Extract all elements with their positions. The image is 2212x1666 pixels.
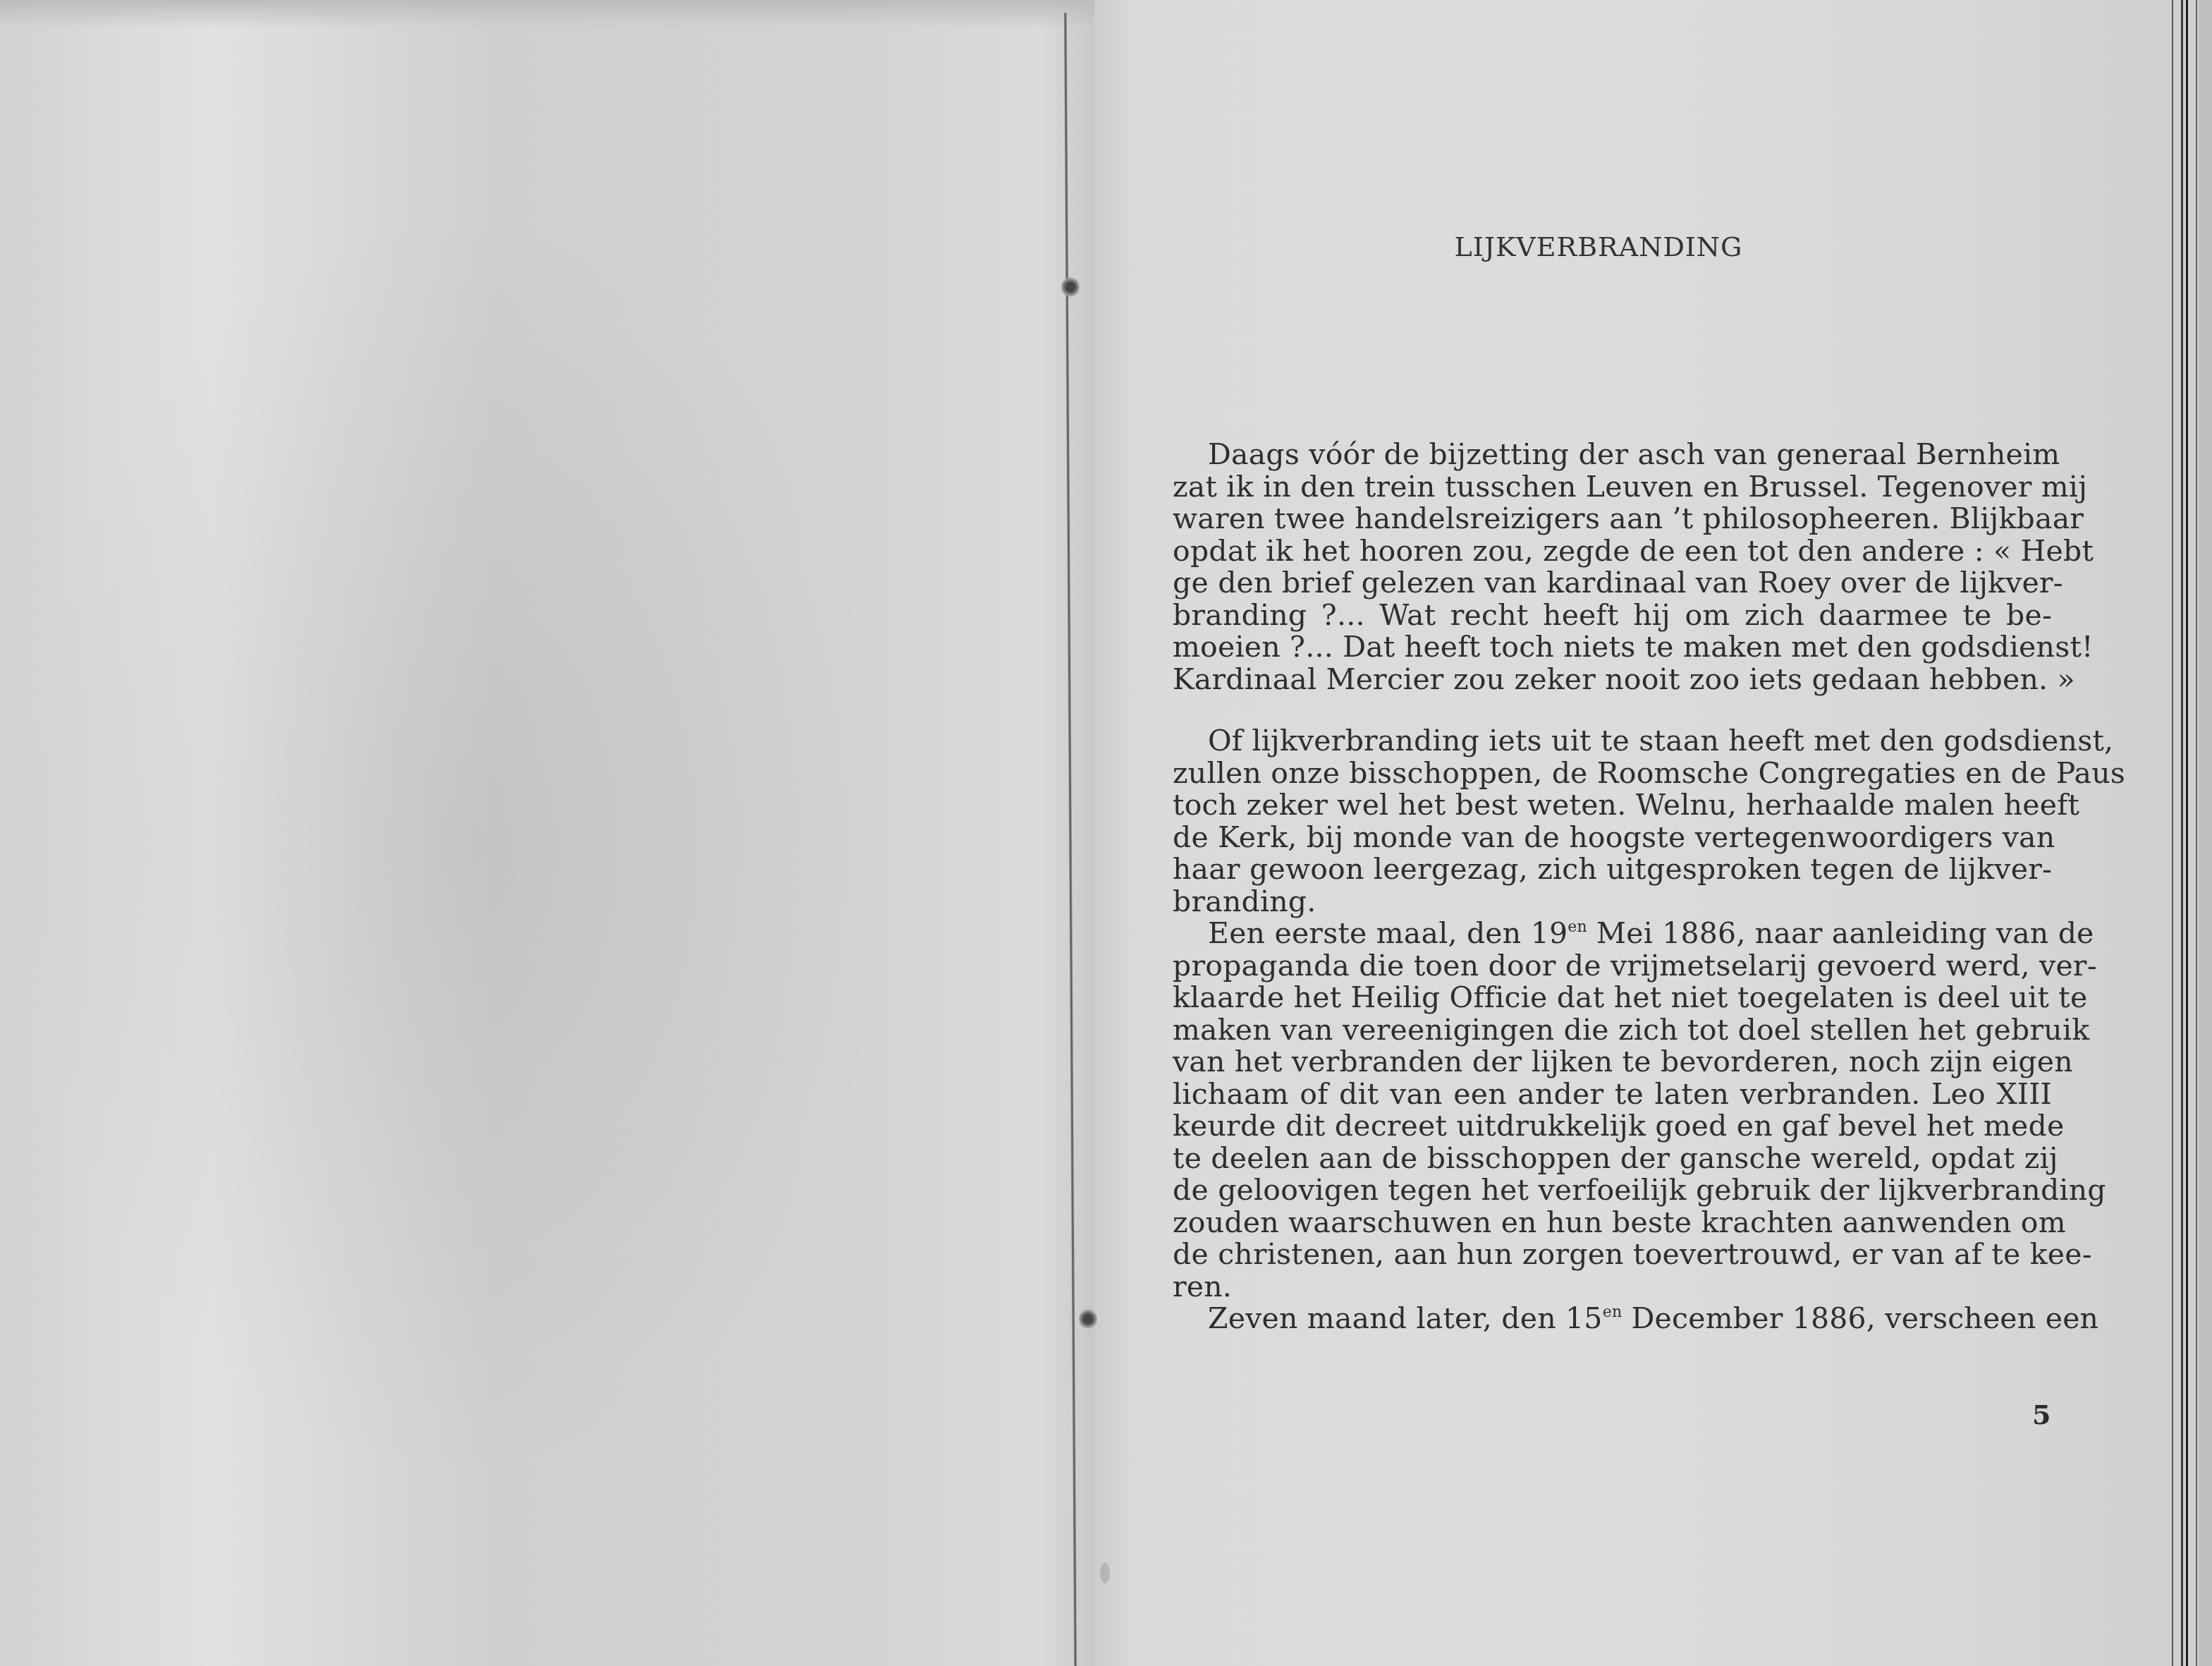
page-edge-line [2172,0,2173,1666]
text-line: moeien ?... Dat heeft toch niets te make… [1173,631,2052,664]
text-line: opdat ik het hooren zou, zegde de een to… [1173,535,2052,568]
text-line: Zeven maand later, den 15en December 188… [1173,1303,2052,1335]
text-line: zouden waarschuwen en hun beste krachten… [1173,1207,2052,1239]
page-edge-line [2181,0,2183,1666]
paper-mark [1100,1562,1110,1583]
text-line: ge den brief gelezen van kardinaal van R… [1173,567,2052,600]
text-line: klaarde het Heilig Officie dat het niet … [1173,982,2052,1014]
text-line: ren. [1173,1271,2052,1303]
text-line: van het verbranden der lijken te bevorde… [1173,1046,2052,1078]
paragraph: Zeven maand later, den 15en December 188… [1173,1303,2052,1335]
binding-staple-hole [1061,276,1080,298]
text-line: zat ik in den trein tusschen Leuven en B… [1173,471,2052,504]
binding-staple-hole [1079,1308,1097,1330]
book-cover-edge [2199,0,2212,1666]
text-line: maken van vereenigingen die zich tot doe… [1173,1014,2052,1047]
text-line: Een eerste maal, den 19en Mei 1886, naar… [1173,918,2052,950]
text-line: haar gewoon leergezag, zich uitgesproken… [1173,853,2052,886]
text-line: de christenen, aan hun zorgen toevertrou… [1173,1239,2052,1271]
ordinal-superscript: en [1603,1303,1623,1321]
page-edge-line [2196,0,2197,1666]
left-page-blank [0,0,1094,1666]
text-line: Kardinaal Mercier zou zeker nooit zoo ie… [1173,664,2052,696]
text-line: branding ?... Wat recht heeft hij om zic… [1173,600,2052,632]
text-line: de Kerk, bij monde van de hoogste verteg… [1173,822,2052,854]
paragraph-spacer [1173,695,2052,725]
text-line: Daags vóór de bijzetting der asch van ge… [1173,439,2052,471]
text-line: keurde dit decreet uitdrukkelijk goed en… [1173,1110,2052,1143]
text-line: lichaam of dit van een ander te laten ve… [1173,1078,2052,1111]
text-line: toch zeker wel het best weten. Welnu, he… [1173,789,2052,822]
text-line: Of lijkverbranding iets uit te staan hee… [1173,725,2052,758]
text-line: waren twee handelsreizigers aan ’t philo… [1173,503,2052,535]
text-line: de geloovigen tegen het verfoeilijk gebr… [1173,1174,2052,1207]
paragraph: Of lijkverbranding iets uit te staan hee… [1173,725,2052,918]
body-text: Daags vóór de bijzetting der asch van ge… [1173,439,2052,1335]
book-spread: LIJKVERBRANDING Daags vóór de bijzetting… [0,0,2212,1666]
page-number: 5 [2032,1399,2051,1430]
text-line: te deelen aan de bisschoppen der gansche… [1173,1143,2052,1175]
paragraph: Daags vóór de bijzetting der asch van ge… [1173,439,2052,695]
ordinal-superscript: en [1568,918,1587,936]
text-line: zullen onze bisschoppen, de Roomsche Con… [1173,758,2052,790]
page-edge-line [2186,0,2188,1666]
text-line: branding. [1173,886,2052,918]
text-line: propaganda die toen door de vrijmetselar… [1173,950,2052,983]
paragraph: Een eerste maal, den 19en Mei 1886, naar… [1173,918,2052,1303]
chapter-title: LIJKVERBRANDING [1094,231,2103,262]
